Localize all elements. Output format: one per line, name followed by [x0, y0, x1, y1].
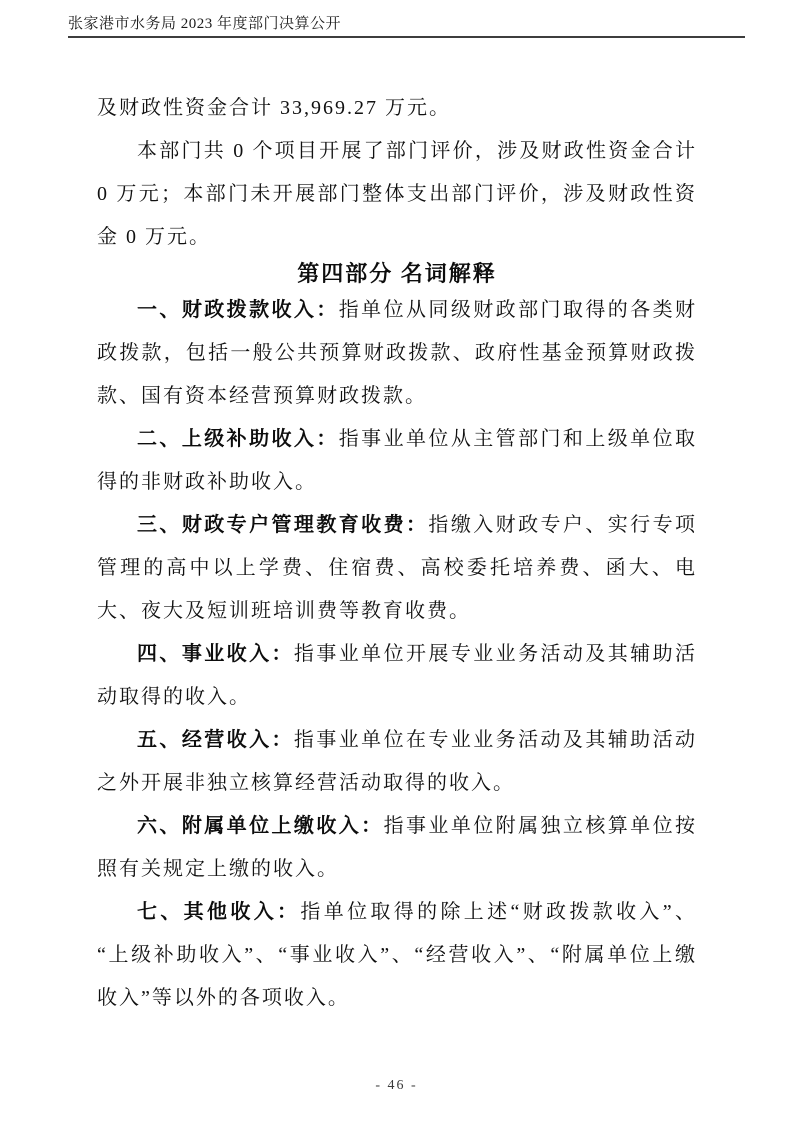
document-content: 及财政性资金合计 33,969.27 万元。本部门共 0 个项目开展了部门评价，… — [97, 87, 697, 1020]
header-title: 张家港市水务局 2023 年度部门决算公开 — [68, 16, 341, 32]
term-definition-paragraph: 六、附属单位上缴收入：指事业单位附属独立核算单位按照有关规定上缴的收入。 — [97, 805, 697, 891]
term-definition-paragraph: 五、经营收入：指事业单位在专业业务活动及其辅助活动之外开展非独立核算经营活动取得… — [97, 719, 697, 805]
term-label: 七、其他收入： — [137, 901, 300, 923]
page-header: 张家港市水务局 2023 年度部门决算公开 — [68, 0, 745, 38]
term-label: 五、经营收入： — [137, 729, 294, 751]
term-definition-paragraph: 一、财政拨款收入：指单位从同级财政部门取得的各类财政拨款，包括一般公共预算财政拨… — [97, 289, 697, 418]
term-definition-paragraph: 七、其他收入：指单位取得的除上述“财政拨款收入”、“上级补助收入”、“事业收入”… — [97, 891, 697, 1020]
page-footer: - 46 - — [0, 1078, 793, 1094]
paragraph: 及财政性资金合计 33,969.27 万元。 — [97, 87, 697, 130]
term-definition-paragraph: 四、事业收入：指事业单位开展专业业务活动及其辅助活动取得的收入。 — [97, 633, 697, 719]
intro-paragraphs: 及财政性资金合计 33,969.27 万元。本部门共 0 个项目开展了部门评价，… — [97, 87, 697, 259]
terms-list: 一、财政拨款收入：指单位从同级财政部门取得的各类财政拨款，包括一般公共预算财政拨… — [97, 289, 697, 1020]
term-label: 一、财政拨款收入： — [137, 299, 339, 321]
paragraph: 本部门共 0 个项目开展了部门评价，涉及财政性资金合计 0 万元；本部门未开展部… — [97, 130, 697, 259]
term-label: 二、上级补助收入： — [137, 428, 339, 450]
term-definition-paragraph: 二、上级补助收入：指事业单位从主管部门和上级单位取得的非财政补助收入。 — [97, 418, 697, 504]
page-number: - 46 - — [375, 1078, 417, 1093]
term-label: 三、财政专户管理教育收费： — [137, 514, 428, 536]
section-title: 第四部分 名词解释 — [97, 259, 697, 289]
term-label: 六、附属单位上缴收入： — [137, 815, 384, 837]
term-label: 四、事业收入： — [137, 643, 294, 665]
document-page: 张家港市水务局 2023 年度部门决算公开 及财政性资金合计 33,969.27… — [0, 0, 793, 1122]
term-definition-paragraph: 三、财政专户管理教育收费：指缴入财政专户、实行专项管理的高中以上学费、住宿费、高… — [97, 504, 697, 633]
